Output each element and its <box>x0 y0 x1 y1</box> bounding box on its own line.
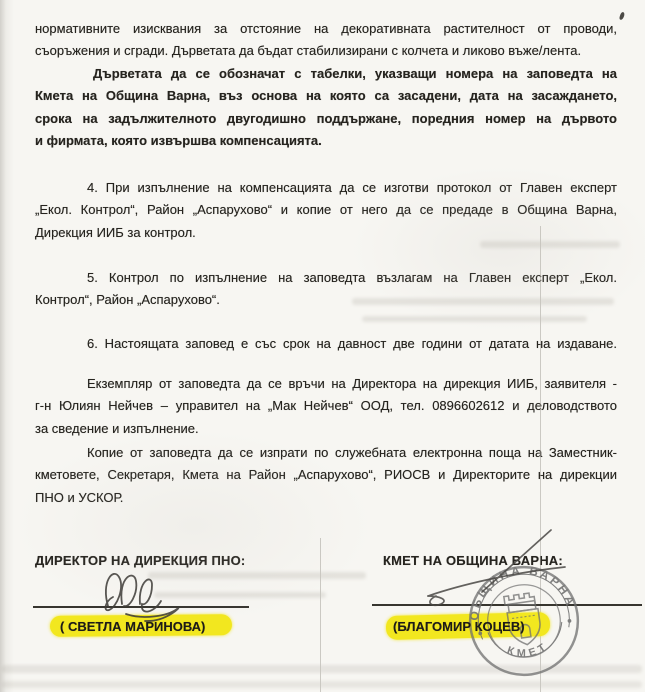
paragraph-item-4: 4. При изпълнение на компенсацията да се… <box>35 177 617 244</box>
text-line: съоръжения и сгради. Дърветата да бъдат … <box>35 40 617 62</box>
text-line: Кмета на Община Варна, въз основа на коя… <box>35 85 617 107</box>
stamp-dot-right <box>567 619 571 623</box>
paragraph-email-distribution: Копие от заповедта да се изпрати по служ… <box>35 442 617 509</box>
text-line: Контрол“, Район „Аспарухово“. <box>35 289 617 311</box>
text-line: Копие от заповедта да се изпрати по служ… <box>35 442 617 464</box>
text-line: нормативните изисквания за отстояние на … <box>35 18 617 40</box>
text-line: 5. Контрол по изпълнение на заповедта въ… <box>35 267 617 289</box>
text-line: г-н Юлиян Нейчев – управител на „Мак Ней… <box>35 395 617 417</box>
scan-speck <box>619 12 625 21</box>
bleed-through-line <box>362 316 587 322</box>
paper-crease <box>320 538 321 692</box>
mayor-signature <box>415 522 580 607</box>
text-line: Дирекция ИИБ за контрол. <box>35 222 617 244</box>
director-signature <box>98 564 198 622</box>
paragraph-item-5: 5. Контрол по изпълнение на заповедта въ… <box>35 267 617 312</box>
paragraph-item-6: 6. Настоящата заповед е със срок на давн… <box>35 333 617 355</box>
signatory-name-kotsev: (БЛАГОМИР КОЦЕВ) <box>393 617 525 637</box>
text-line: Екземпляр от заповедта да се връчи на Ди… <box>35 373 617 395</box>
text-line: 6. Настоящата заповед е със срок на давн… <box>35 333 617 355</box>
text-line: „Екол. Контрол“, Район „Аспарухово“ и ко… <box>35 199 617 221</box>
text-line: срока на задължителното двугодишно поддъ… <box>35 108 617 130</box>
text-line: 4. При изпълнение на компенсацията да се… <box>35 177 617 199</box>
paragraph-copy-delivery: Екземпляр от заповедта да се връчи на Ди… <box>35 373 617 440</box>
paragraph-normative-requirements: нормативните изисквания за отстояние на … <box>35 18 617 63</box>
scanned-document-page: нормативните изисквания за отстояние на … <box>0 0 645 692</box>
paragraph-tree-labels: Дърветата да се обозначат с табелки, ука… <box>35 63 617 153</box>
text-line: и фирмата, която извършва компенсацията. <box>35 130 617 152</box>
text-line: за сведение и изпълнение. <box>35 418 617 440</box>
bleed-through-line <box>2 681 642 688</box>
stamp-center-label: КМЕТ <box>504 639 553 663</box>
text-line: кметовете, Секретаря, Кмета на Район „Ас… <box>35 464 617 486</box>
text-line: ПНО и УСКОР. <box>35 487 617 509</box>
text-line: Дърветата да се обозначат с табелки, ука… <box>35 63 617 85</box>
